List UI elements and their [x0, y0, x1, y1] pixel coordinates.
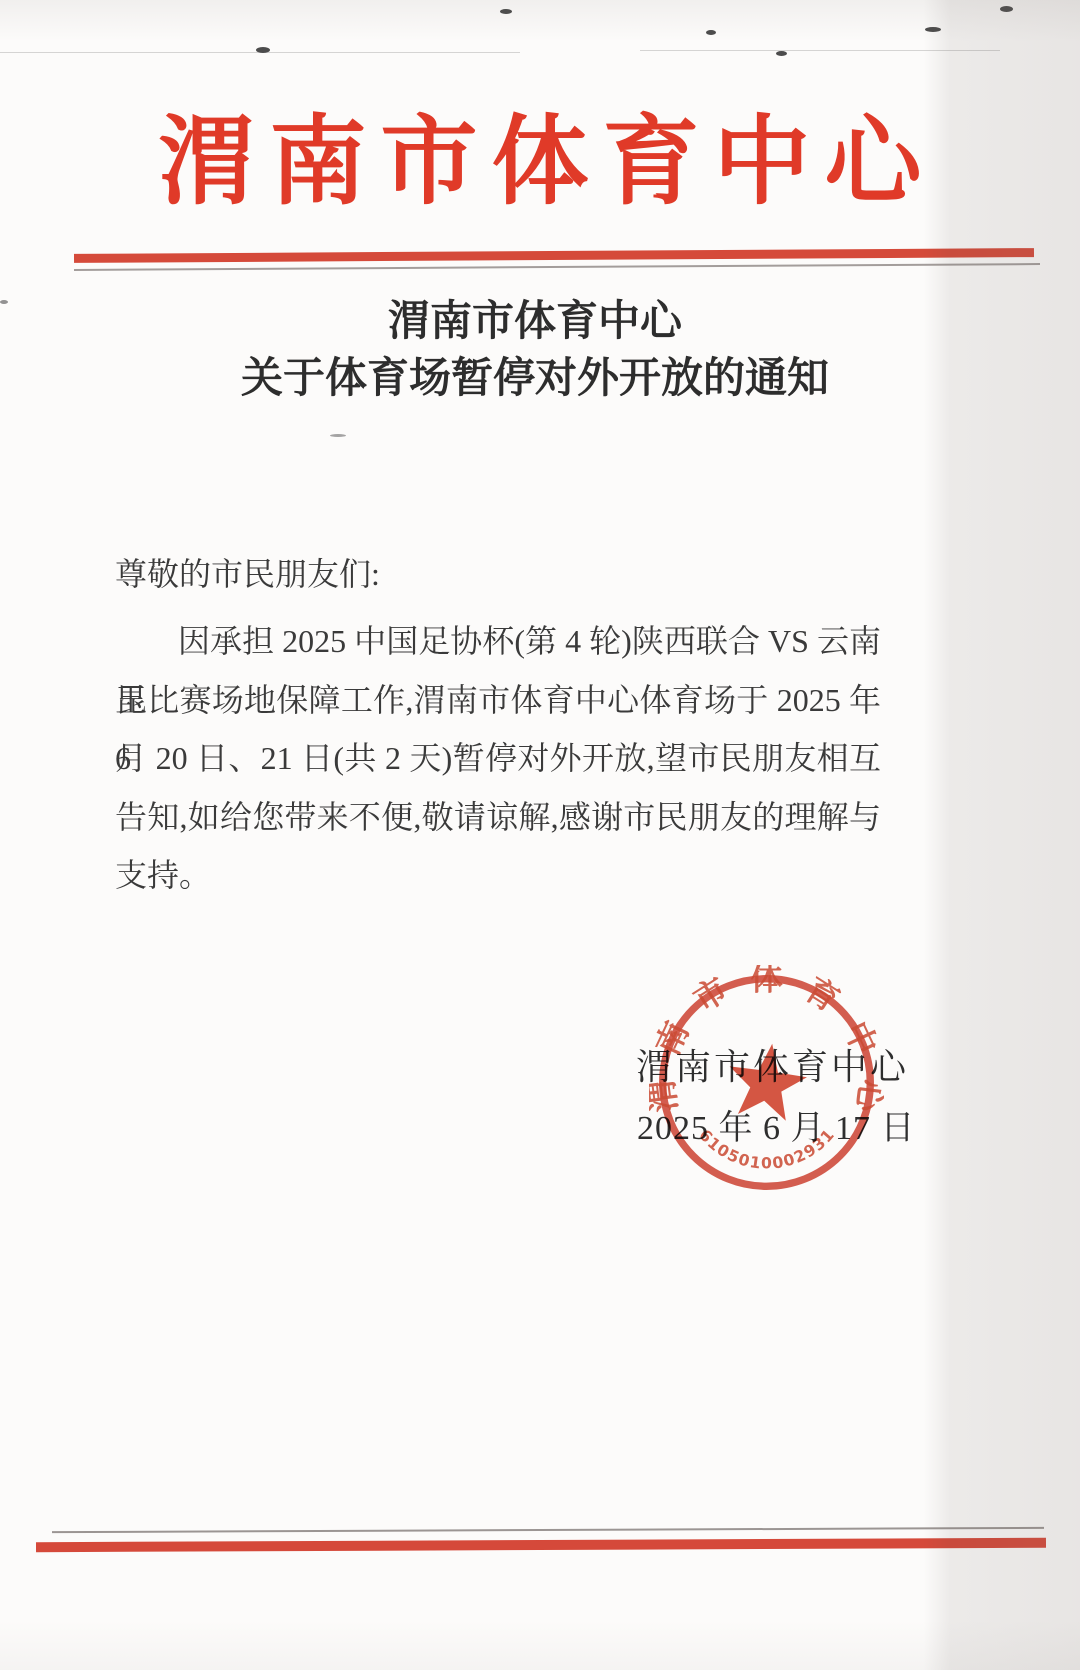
body-line: 支持。	[115, 846, 881, 905]
notice-title-line2: 关于体育场暂停对外开放的通知	[0, 351, 1070, 408]
footer-rule-gray	[52, 1527, 1044, 1533]
official-seal: 渭南市体育中心 6105010002931	[649, 965, 884, 1200]
footer-rule-red	[36, 1538, 1046, 1552]
scan-speck	[330, 434, 346, 437]
scan-speck	[925, 27, 941, 32]
scan-speck	[776, 51, 787, 56]
letterhead-title: 渭南市体育中心	[0, 110, 1080, 217]
scanned-notice-page: 渭南市体育中心 渭南市体育中心 关于体育场暂停对外开放的通知 尊敬的市民朋友们:…	[0, 0, 1080, 1670]
notice-title: 渭南市体育中心 关于体育场暂停对外开放的通知	[0, 294, 1070, 408]
scan-artifact-line	[640, 50, 1000, 51]
seal-star	[723, 1038, 811, 1123]
scan-speck	[1000, 6, 1013, 12]
seal-serial: 6105010002931	[695, 1126, 837, 1173]
salutation: 尊敬的市民朋友们:	[115, 549, 380, 595]
body-line: 告知,如给您带来不便,敬请谅解,感谢市民朋友的理解与	[115, 788, 881, 847]
notice-title-line1: 渭南市体育中心	[0, 294, 1070, 351]
body-line: 因承担 2025 中国足协杯(第 4 轮)陕西联合 VS 云南玉	[115, 612, 881, 671]
header-rule-gray	[74, 263, 1040, 271]
body-line: 昆比赛场地保障工作,渭南市体育中心体育场于 2025 年 6	[115, 671, 881, 730]
scan-speck	[256, 47, 270, 53]
scan-speck	[706, 30, 716, 35]
header-rule-red	[74, 248, 1034, 263]
body-line: 月 20 日、21 日(共 2 天)暂停对外开放,望市民朋友相互	[115, 729, 881, 788]
scan-speck	[500, 9, 512, 14]
notice-body: 因承担 2025 中国足协杯(第 4 轮)陕西联合 VS 云南玉 昆比赛场地保障…	[115, 612, 881, 905]
